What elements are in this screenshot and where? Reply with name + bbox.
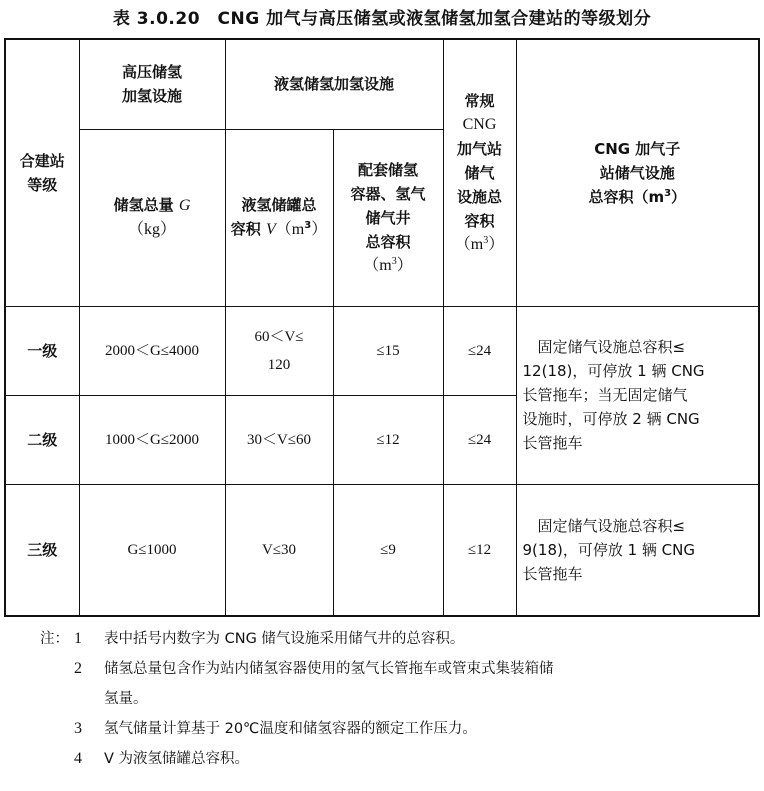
note-text: 氢量。: [44, 684, 760, 714]
header-cng-std: 常规 CNG 加气站 储气 设施总 容积 （m3）: [443, 39, 516, 306]
cell-line: 设施时，可停放 2 辆 CNG: [523, 407, 753, 431]
header-lh-aux: 配套储氢 容器、氢气 储气井 总容积 （m3）: [333, 129, 443, 306]
cell-grade: 三级: [5, 484, 79, 616]
header-line: （m3）: [446, 233, 514, 257]
header-line: 常规: [446, 89, 514, 113]
header-cng-sub: CNG 加气子 站储气设施 总容积（m3）: [516, 39, 759, 306]
cell-cng-std: ≤12: [443, 484, 516, 616]
header-line: 站储气设施: [519, 161, 757, 185]
header-lh-tank: 液氢储罐总 容积 V（m3）: [225, 129, 333, 306]
cell-lh-tank: 60＜V≤ 120: [225, 306, 333, 395]
header-line: 液氢储罐总: [228, 193, 331, 217]
note-text: 表中括号内数字为 CNG 储气设施采用储气井的总容积。: [84, 624, 760, 654]
header-line: （kg）: [82, 218, 223, 242]
cell-line: 固定储气设施总容积≤: [523, 514, 753, 538]
note-number: 3: [44, 714, 84, 744]
header-line: 容积 V（m3）: [228, 217, 331, 242]
header-line: 总容积（m3）: [519, 185, 757, 209]
header-hp-group-line: 加氢设施: [82, 84, 223, 108]
cell-line: 固定储气设施总容积≤: [523, 335, 753, 359]
cell-lh-aux: ≤12: [333, 395, 443, 484]
cell-cng-std: ≤24: [443, 306, 516, 395]
note-text: 氢气储量计算基于 20℃温度和储氢容器的额定工作压力。: [84, 714, 760, 744]
header-line: 配套储氢: [336, 158, 441, 182]
header-hp-group-line: 高压储氢: [82, 60, 223, 84]
header-line: 设施总: [446, 185, 514, 209]
note-number: 2: [44, 654, 84, 684]
note-item: 注： 1 表中括号内数字为 CNG 储气设施采用储气井的总容积。: [44, 624, 760, 654]
header-line: 加气站: [446, 137, 514, 161]
cell-line: 12(18)，可停放 1 辆 CNG: [523, 359, 753, 383]
header-line: 容器、氢气: [336, 182, 441, 206]
header-lh-group: 液氢储氢加氢设施: [225, 39, 443, 129]
header-line: 储气: [446, 161, 514, 185]
note-item-continued: 氢量。: [44, 684, 760, 714]
cell-line: 120: [228, 351, 331, 379]
note-number: 4: [44, 744, 84, 774]
header-line: 储氢总量 G: [82, 193, 223, 218]
note-text: 储氢总量包含作为站内储氢容器使用的氢气长管拖车或管束式集装箱储: [84, 654, 760, 684]
cell-lh-tank: 30＜V≤60: [225, 395, 333, 484]
note-item: 3 氢气储量计算基于 20℃温度和储氢容器的额定工作压力。: [44, 714, 760, 744]
table-title: 表 3.0.20 CNG 加气与高压储氢或液氢储氢加氢合建站的等级划分: [0, 4, 764, 29]
note-item: 2 储氢总量包含作为站内储氢容器使用的氢气长管拖车或管束式集装箱储: [44, 654, 760, 684]
header-line: （m3）: [336, 254, 441, 278]
header-grade: 合建站 等级: [5, 39, 79, 306]
grading-table: 合建站 等级 高压储氢 加氢设施 液氢储氢加氢设施 常规 CNG 加气站 储气 …: [4, 38, 760, 617]
cell-lh-tank: V≤30: [225, 484, 333, 616]
cell-grade: 一级: [5, 306, 79, 395]
header-line: 总容积: [336, 230, 441, 254]
cell-lh-aux: ≤9: [333, 484, 443, 616]
note-text: V 为液氢储罐总容积。: [84, 744, 760, 774]
header-line: CNG 加气子: [519, 137, 757, 161]
cell-line: 60＜V≤: [228, 323, 331, 351]
cell-line: 长管拖车；当无固定储气: [523, 383, 753, 407]
header-hp-storage: 储氢总量 G （kg）: [79, 129, 225, 306]
header-line: 储气井: [336, 206, 441, 230]
header-hp-group: 高压储氢 加氢设施: [79, 39, 225, 129]
cell-hp-storage: G≤1000: [79, 484, 225, 616]
cell-grade: 二级: [5, 395, 79, 484]
notes-prefix: 注：: [40, 624, 69, 654]
cell-hp-storage: 2000＜G≤4000: [79, 306, 225, 395]
table-notes: 注： 1 表中括号内数字为 CNG 储气设施采用储气井的总容积。 2 储氢总量包…: [44, 624, 760, 774]
cell-line: 长管拖车: [523, 431, 753, 455]
cell-line: 长管拖车: [523, 562, 753, 586]
header-line: 容积: [446, 209, 514, 233]
table-row: 一级 2000＜G≤4000 60＜V≤ 120 ≤15 ≤24 固定储气设施总…: [5, 306, 759, 395]
cell-cng-sub: 固定储气设施总容积≤ 9(18)，可停放 1 辆 CNG 长管拖车: [516, 484, 759, 616]
cell-lh-aux: ≤15: [333, 306, 443, 395]
cell-line: 9(18)，可停放 1 辆 CNG: [523, 538, 753, 562]
header-line: CNG: [446, 113, 514, 137]
note-item: 4 V 为液氢储罐总容积。: [44, 744, 760, 774]
header-grade-line: 合建站: [8, 149, 77, 173]
header-grade-line: 等级: [8, 173, 77, 197]
cell-cng-sub: 固定储气设施总容积≤ 12(18)，可停放 1 辆 CNG 长管拖车；当无固定储…: [516, 306, 759, 484]
cell-cng-std: ≤24: [443, 395, 516, 484]
table-row: 三级 G≤1000 V≤30 ≤9 ≤12 固定储气设施总容积≤ 9(18)，可…: [5, 484, 759, 616]
cell-hp-storage: 1000＜G≤2000: [79, 395, 225, 484]
